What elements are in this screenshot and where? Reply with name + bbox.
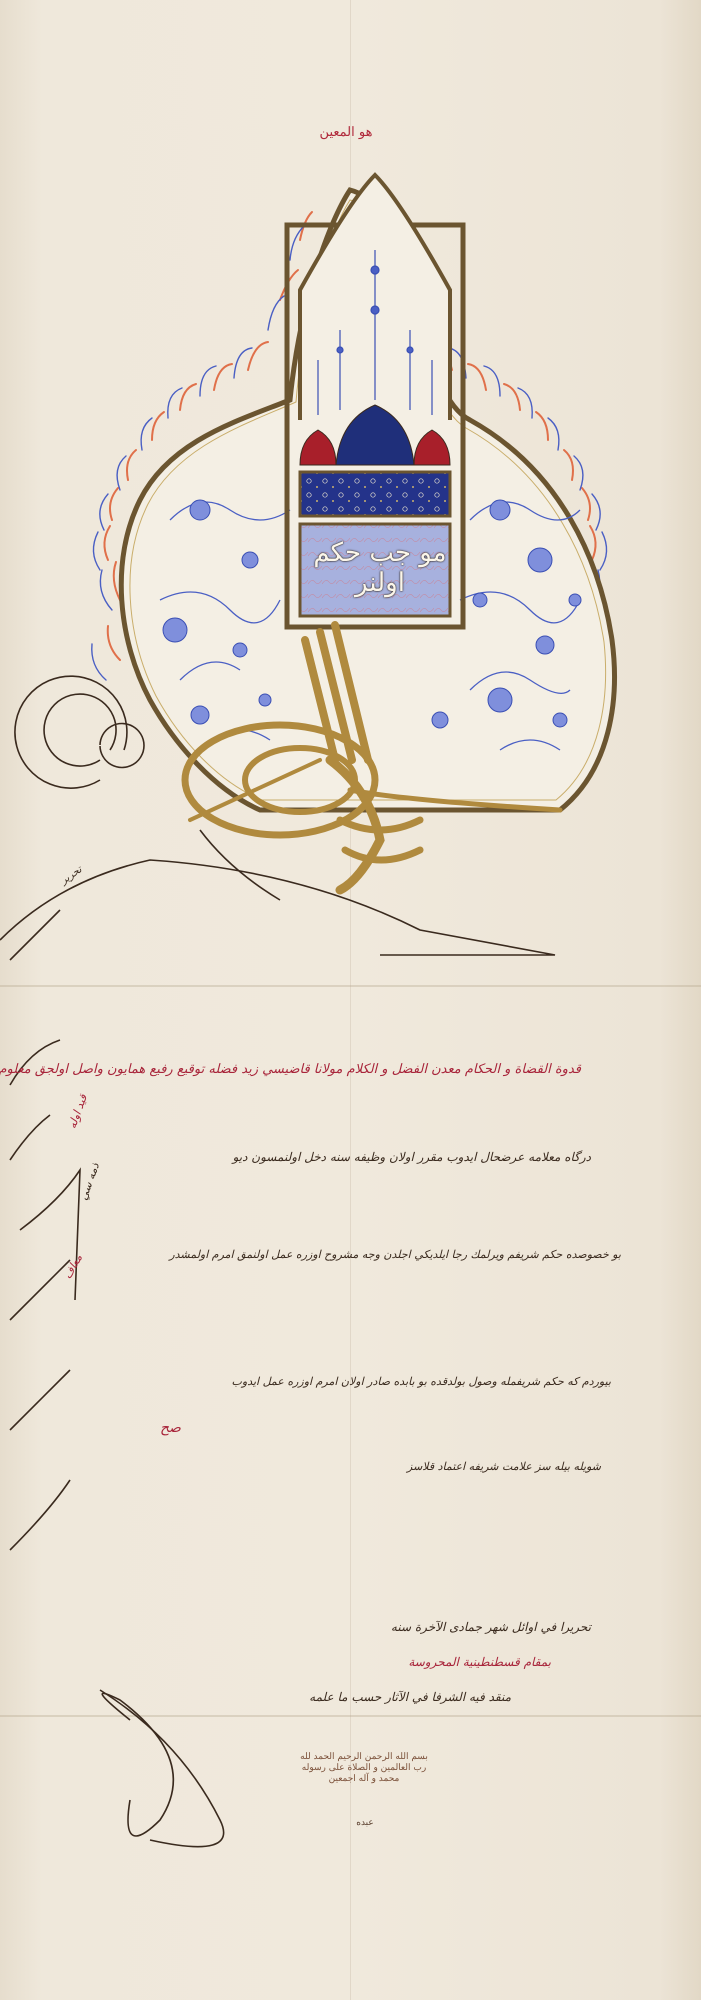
text-line-2: درگاه معلامه عرضحال ايدوب مقرر اولان وظي… [233, 1150, 591, 1164]
text-line-4: بيوردم كه حكم شريفمله وصول بولدقده بو با… [232, 1375, 611, 1388]
text-line-3: بو خصوصده حكم شريفم ويرلمك رجا ايلديكي ا… [169, 1248, 621, 1261]
seal-impression: بسم الله الرحمن الرحيم الحمد لله رب العا… [298, 1752, 430, 1814]
text-line-1: قدوة القضاة و الحكام معدن الفضل و الكلام… [0, 1062, 581, 1077]
text-line-5: شويله بيله سز علامت شريفه اعتماد قلاسز [407, 1460, 601, 1473]
seal-subtext: عبده [320, 1818, 410, 1828]
text-line-6: تحريرا في اوائل شهر جمادى الآخرة سنه [391, 1620, 591, 1634]
text-line-7: بمقام قسطنطينية المحروسة [408, 1655, 551, 1669]
invocation-text: هو المعين [318, 125, 374, 140]
text-line-8: منقد فيه الشرفا في الآثار حسب ما علمه [309, 1690, 511, 1704]
margin-note: صح [160, 1420, 181, 1436]
cartouche-inscription: مو جب حكم اولنر [306, 538, 454, 598]
